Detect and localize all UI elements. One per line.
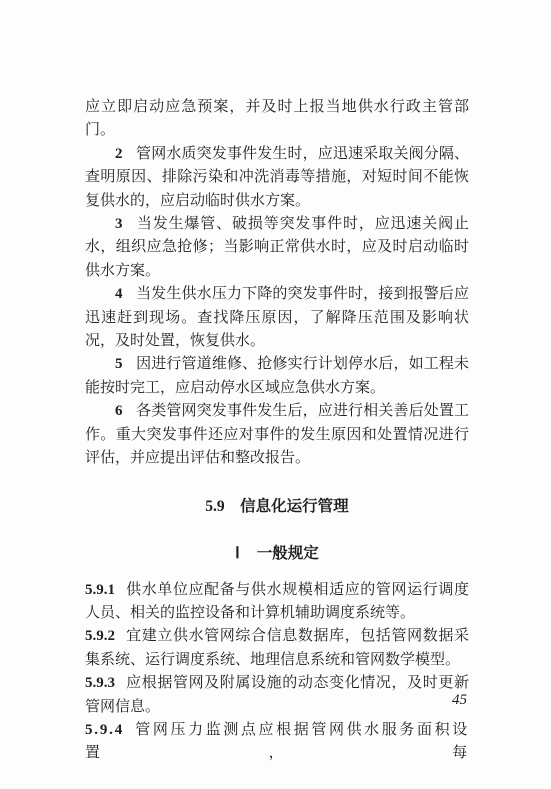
clause-5-9-1: 5.9.1供水单位应配备与供水规模相适应的管网运行调度人员、相关的监控设备和计算… [85, 579, 469, 626]
subsection-number: Ⅰ [235, 545, 240, 562]
item-number: 6 [115, 403, 123, 419]
clause-number: 5.9.3 [85, 675, 115, 691]
clause-5-9-2: 5.9.2宜建立供水管网综合信息数据库，包括管网数据采集系统、运行调度系统、地理… [85, 625, 469, 672]
item-number: 4 [115, 286, 123, 302]
numbered-item-4: 4当发生供水压力下降的突发事件时，接到报警后应迅速赶到现场。查找降压原因，了解降… [85, 283, 469, 353]
document-page: 应立即启动应急预案，并及时上报当地供水行政主管部门。 2管网水质突发事件发生时，… [0, 0, 551, 789]
clause-text: 供水单位应配备与供水规模相适应的管网运行调度人员、相关的监控设备和计算机辅助调度… [85, 582, 469, 621]
numbered-item-5: 5因进行管道维修、抢修实行计划停水后，如工程未能按时完工，应启动停水区域应急供水… [85, 353, 469, 400]
clause-number: 5.9.1 [85, 582, 115, 598]
text-block: 应立即启动应急预案，并及时上报当地供水行政主管部门。 2管网水质突发事件发生时，… [85, 96, 469, 766]
clause-text: 应根据管网及附属设施的动态变化情况，及时更新管网信息。 [85, 675, 469, 714]
item-number: 5 [115, 356, 123, 372]
item-text: 当发生爆管、破损等突发事件时，应迅速关阀止水，组织应急抢修；当影响正常供水时，应… [85, 216, 469, 279]
item-text: 当发生供水压力下降的突发事件时，接到报警后应迅速赶到现场。查找降压原因，了解降压… [85, 286, 469, 349]
clause-text: 管网压力监测点应根据管网供水服务面积设置，每 [85, 722, 469, 761]
item-number: 2 [115, 146, 123, 162]
item-text: 各类管网突发事件发生后，应进行相关善后处置工作。重大突发事件还应对事件的发生原因… [85, 403, 469, 466]
clauses-block: 5.9.1供水单位应配备与供水规模相适应的管网运行调度人员、相关的监控设备和计算… [85, 579, 469, 766]
numbered-item-6: 6各类管网突发事件发生后，应进行相关善后处置工作。重大突发事件还应对事件的发生原… [85, 400, 469, 470]
item-text: 管网水质突发事件发生时，应迅速采取关阀分隔、查明原因、排除污染和冲洗消毒等措施，… [85, 146, 469, 209]
page-number: 45 [452, 692, 467, 709]
clause-5-9-3: 5.9.3应根据管网及附属设施的动态变化情况，及时更新管网信息。 [85, 672, 469, 719]
section-heading: 5.9信息化运行管理 [85, 495, 469, 518]
clause-number: 5.9.4 [85, 722, 124, 738]
item-text: 因进行管道维修、抢修实行计划停水后，如工程未能按时完工，应启动停水区域应急供水方… [85, 356, 469, 395]
continuation-paragraph: 应立即启动应急预案，并及时上报当地供水行政主管部门。 [85, 96, 469, 143]
clause-5-9-4: 5.9.4管网压力监测点应根据管网供水服务面积设置，每 [85, 719, 469, 766]
subsection-heading: Ⅰ一般规定 [85, 542, 469, 565]
subsection-title: 一般规定 [257, 545, 319, 562]
item-number: 3 [115, 216, 123, 232]
numbered-item-3: 3当发生爆管、破损等突发事件时，应迅速关阀止水，组织应急抢修；当影响正常供水时，… [85, 213, 469, 283]
numbered-item-2: 2管网水质突发事件发生时，应迅速采取关阀分隔、查明原因、排除污染和冲洗消毒等措施… [85, 143, 469, 213]
clause-number: 5.9.2 [85, 628, 115, 644]
section-title: 信息化运行管理 [240, 498, 349, 515]
clause-text: 宜建立供水管网综合信息数据库，包括管网数据采集系统、运行调度系统、地理信息系统和… [85, 628, 469, 667]
section-number: 5.9 [205, 498, 224, 515]
